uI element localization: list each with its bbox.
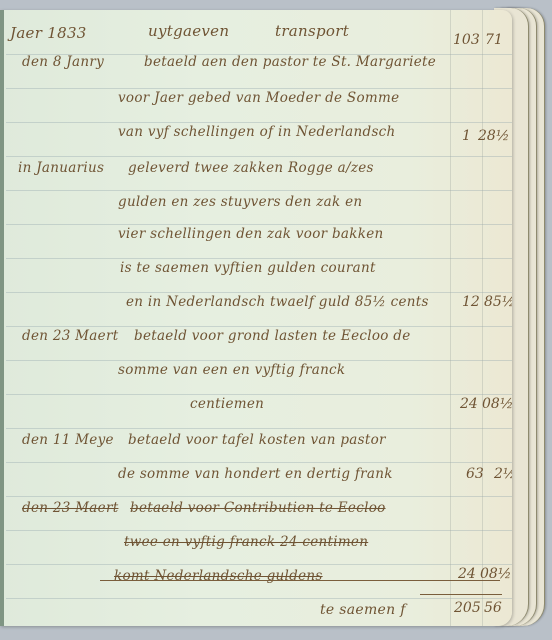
entry-guilders: 63	[466, 466, 484, 482]
entry-line: is te saemen vyftien gulden courant	[120, 260, 376, 276]
ruled-line	[6, 496, 512, 497]
column-line	[450, 10, 451, 626]
entry-cents: 85½	[484, 294, 512, 310]
ruled-line	[6, 394, 512, 395]
ledger-page: Jaer 1833 uytgaeven transport 103 71 den…	[0, 10, 512, 626]
entry-cents: 28½	[478, 128, 509, 144]
ruled-line	[6, 258, 512, 259]
entry-guilders: 24	[460, 396, 478, 412]
entry-line: geleverd twee zakken Rogge a/zes	[128, 160, 374, 176]
entry-line: en in Nederlandsch twaelf guld 85½ cents	[126, 294, 429, 310]
binding-edge	[0, 10, 4, 626]
total-cents: 56	[484, 600, 502, 616]
entry-line: van vyf schellingen of in Nederlandsch	[118, 124, 396, 140]
ruled-line	[6, 428, 512, 429]
entry-line: betaeld aen den pastor te St. Margariete	[144, 54, 436, 70]
ruled-line	[6, 530, 512, 531]
column-line	[482, 10, 483, 626]
total-guilders: 205	[454, 600, 481, 616]
entry-cents: 08½	[480, 566, 511, 582]
column-heading: uytgaeven	[148, 22, 229, 40]
entry-date: den 23 Maert	[22, 328, 118, 344]
entry-date: in Januarius	[18, 160, 104, 176]
ruled-line	[6, 122, 512, 123]
ruled-line	[6, 156, 512, 157]
ruled-line	[6, 190, 512, 191]
entry-line: gulden en zes stuyvers den zak en	[118, 194, 362, 210]
entry-line: voor Jaer gebed van Moeder de Somme	[118, 90, 399, 106]
entry-line: betaeld voor grond lasten te Eecloo de	[134, 328, 411, 344]
entry-line: de somme van hondert en dertig frank	[118, 466, 393, 482]
entry-cents: 2½	[494, 466, 512, 482]
year-heading: Jaer 1833	[10, 24, 87, 42]
entry-date: den 11 Meye	[22, 432, 114, 448]
struck-entry-line: komt Nederlandsche guldens	[114, 568, 323, 584]
total-label: te saemen f	[320, 602, 406, 618]
struck-entry-line: betaeld voor Contributien te Eecloo	[130, 500, 386, 516]
transport-guilders: 103	[453, 32, 480, 48]
ruled-line	[6, 224, 512, 225]
ruled-line	[6, 462, 512, 463]
struck-entry-line: twee en vyftig franck 24 centimen	[124, 534, 368, 550]
entry-guilders: 12	[462, 294, 480, 310]
ruled-line	[6, 564, 512, 565]
ruled-line	[6, 360, 512, 361]
entry-guilders: 24	[458, 566, 476, 582]
ruled-line	[6, 88, 512, 89]
entry-line: betaeld voor tafel kosten van pastor	[128, 432, 386, 448]
entry-line: somme van een en vyftig franck	[118, 362, 345, 378]
entry-line: vier schellingen den zak voor bakken	[118, 226, 384, 242]
entry-guilders: 1	[462, 128, 471, 144]
entry-date: den 8 Janry	[22, 54, 104, 70]
total-rule	[420, 594, 502, 595]
ruled-line	[6, 326, 512, 327]
ruled-line	[6, 292, 512, 293]
entry-line: centiemen	[190, 396, 264, 412]
strike-rule	[100, 580, 500, 581]
transport-label: transport	[275, 22, 349, 40]
struck-entry-date: den 23 Maert	[22, 500, 118, 516]
entry-cents: 08½	[482, 396, 512, 412]
transport-cents: 71	[485, 32, 503, 48]
ruled-line	[6, 598, 512, 599]
